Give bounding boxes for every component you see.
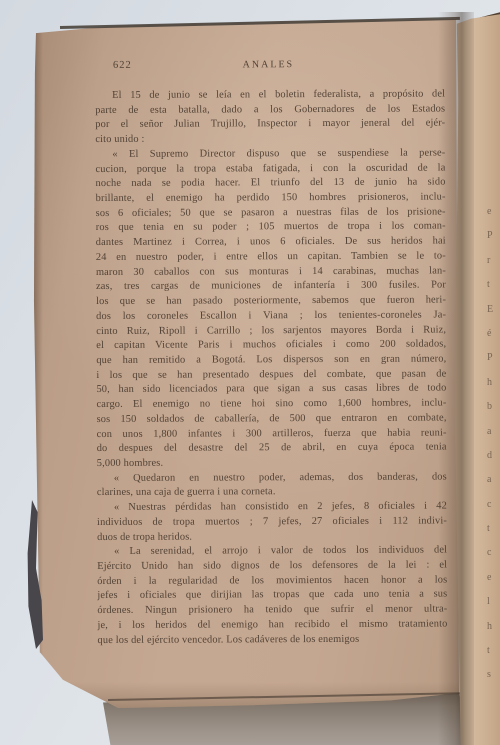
text-line: jefes i oficiales que dirijian las tropa… [97, 588, 447, 604]
text-fragment: c [487, 541, 500, 565]
text-fragment: d [487, 444, 500, 468]
text-fragment: t [487, 273, 500, 297]
text-line: órdenes. Ningun prisionero ha tenido que… [97, 603, 447, 619]
text-fragment: b [487, 395, 500, 419]
paragraph: « La serenidad, el arrojo i valor de tod… [97, 544, 447, 649]
text-line: parte de esta batalla, dado a los Gobern… [95, 102, 445, 118]
text-line: « El Supremo Director dispuso que se sus… [95, 146, 445, 162]
right-page-text-fragments: ePrtEéPhbadactcelhts [487, 200, 500, 688]
paragraph: El 15 de junio se leía en el boletin fed… [95, 87, 445, 147]
text-line: 5,000 hombres. [97, 455, 447, 471]
text-line: 50, han sido licenciados para que sigan … [96, 382, 446, 398]
text-line: Ejército Unido han sido dignos de los de… [97, 558, 447, 574]
text-line: duos de tropa heridos. [97, 529, 447, 545]
text-fragment: E [487, 298, 500, 322]
text-line: con unos 1,800 infantes i 300 artilleros… [97, 426, 447, 442]
text-fragment: e [487, 566, 500, 590]
text-line: órden i la regularidad de los movimiento… [97, 573, 447, 589]
text-line: sos 6 oficiales; 50 que se pasaron a nue… [96, 205, 446, 221]
text-line: je, i los heridos del enemigo han recibi… [97, 617, 447, 633]
text-fragment: e [487, 200, 500, 224]
text-line: 24 en nuestro poder, i entre ellos un ca… [96, 249, 446, 265]
text-line: cucion, porque la tropa estaba fatigada,… [95, 161, 445, 177]
text-fragment: a [487, 468, 500, 492]
page-header: 622 ANALES [95, 58, 445, 76]
text-fragment: r [487, 249, 500, 273]
text-fragment: h [487, 371, 500, 395]
photo-of-book: { "photo": { "background_color": "#dde2e… [0, 0, 500, 745]
text-line: noche nada se podia hacer. El triunfo de… [96, 176, 446, 192]
text-fragment: P [487, 224, 500, 248]
text-line: zas, tres cargas de municiones de infant… [96, 279, 446, 295]
text-line: sos 150 soldados de caballería, de 500 q… [97, 411, 447, 427]
text-line: cinto Ruiz, Ripoll i Carrillo ; los sarj… [96, 323, 446, 339]
text-line: individuos de tropa muertos ; 7 jefes, 2… [97, 514, 447, 530]
body-text: El 15 de junio se leía en el boletin fed… [95, 87, 447, 648]
text-line: que han remitido a Bogotá. Los dispersos… [96, 352, 446, 368]
text-line: clarines, una caja de guerra i una corne… [97, 485, 447, 501]
text-line: los que se han pasado posteriormente, sa… [96, 294, 446, 310]
text-line: dantes Martinez i Correa, i unos 6 ofici… [96, 235, 446, 251]
text-line: cito unido : [95, 132, 445, 148]
text-line: brillante, el enemigo ha perdido 150 hom… [96, 191, 446, 207]
text-line: « La serenidad, el arrojo i valor de tod… [97, 544, 447, 560]
text-line: que los del ejército vencedor. Los cadáv… [98, 632, 448, 648]
text-fragment: t [487, 517, 500, 541]
text-line: por el señor Julian Trujillo, Inspector … [95, 117, 445, 133]
text-fragment: t [487, 639, 500, 663]
text-fragment: é [487, 322, 500, 346]
text-line: El 15 de junio se leía en el boletin fed… [95, 87, 445, 103]
paragraph: « Quedaron en nuestro poder, ademas, dos… [97, 470, 447, 501]
text-line: « Quedaron en nuestro poder, ademas, dos… [97, 470, 447, 486]
right-page: ePrtEéPhbadactcelhts [452, 12, 500, 745]
running-header: ANALES [132, 59, 405, 71]
paragraph: « El Supremo Director dispuso que se sus… [95, 146, 446, 471]
text-line: ros que tenia en su poder ; 105 muertos … [96, 220, 446, 236]
text-fragment: s [487, 663, 500, 687]
text-fragment: P [487, 346, 500, 370]
text-block: 622 ANALES El 15 de junio se leía en el … [95, 58, 448, 648]
text-line: do despues del desastre del 25 de abril,… [97, 441, 447, 457]
text-line: cargo. El enemigo no tiene hoi sino como… [96, 397, 446, 413]
text-fragment: a [487, 420, 500, 444]
text-line: maron 30 caballos con sus monturas i 14 … [96, 264, 446, 280]
text-fragment: c [487, 493, 500, 517]
text-line: « Nuestras pérdidas han consistido en 2 … [97, 500, 447, 516]
text-line: i los que se han presentado despues del … [96, 367, 446, 383]
text-line: el capitan Vicente Paris i muchos oficia… [96, 338, 446, 354]
text-fragment: l [487, 590, 500, 614]
text-line: dos los coroneles Escallon i Viana ; los… [96, 308, 446, 324]
page-number: 622 [113, 60, 132, 71]
text-fragment: h [487, 615, 500, 639]
paragraph: « Nuestras pérdidas han consistido en 2 … [97, 500, 447, 546]
